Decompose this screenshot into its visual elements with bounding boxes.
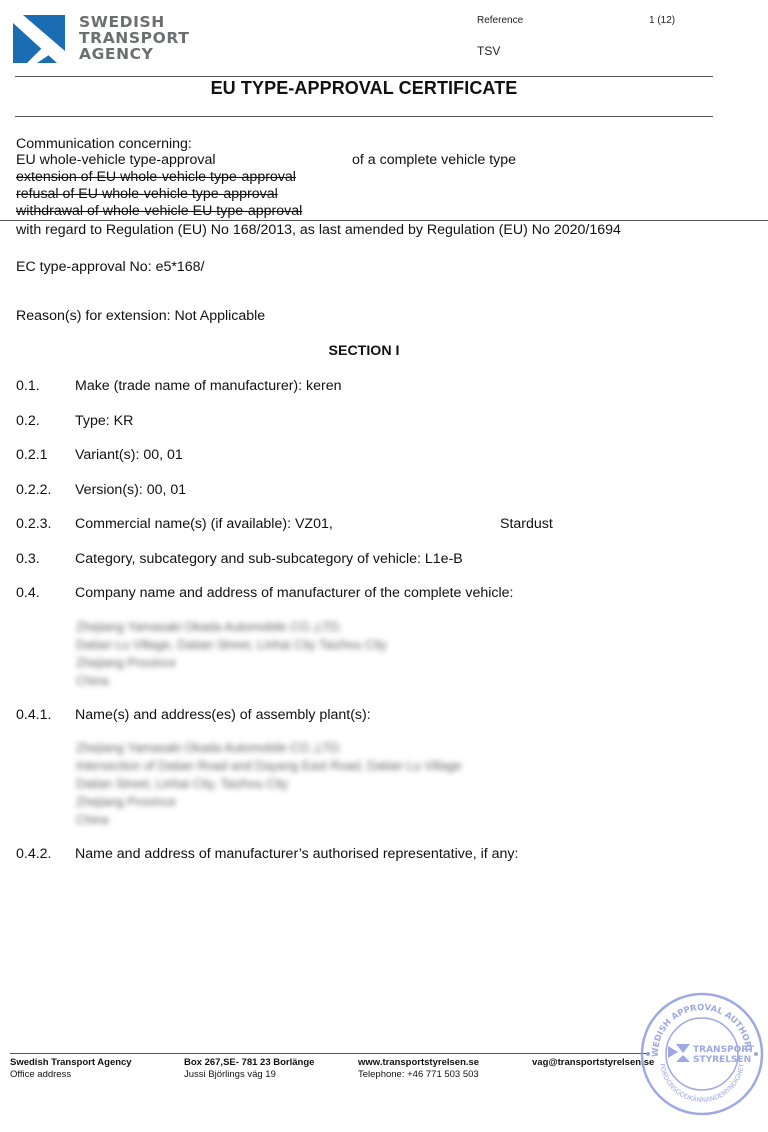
footer-box-address: Box 267,SE- 781 23 Borlänge: [184, 1057, 314, 1068]
svg-text:FORDONSGODKÄNNANDEMYNDIGHET: FORDONSGODKÄNNANDEMYNDIGHET: [658, 1063, 746, 1104]
reference-label: Reference: [477, 15, 523, 26]
address-line: China: [76, 672, 387, 690]
document-title: EU TYPE-APPROVAL CERTIFICATE: [0, 78, 728, 99]
communication-option-struck: refusal of EU whole-vehicle type-approva…: [16, 186, 278, 203]
divider: [0, 220, 768, 221]
item-variants: Variant(s): 00, 01: [75, 447, 183, 464]
approval-stamp-icon: SWEDISH APPROVAL AUTHORITY FORDONSGODKÄN…: [638, 990, 766, 1118]
agency-logo-text: SWEDISH TRANSPORT AGENCY: [79, 14, 189, 62]
item-number: 0.2.: [16, 413, 40, 430]
item-make: Make (trade name of manufacturer): keren: [75, 378, 342, 395]
svg-text:TRANSPORT: TRANSPORT: [693, 1045, 755, 1055]
address-line: Zhejiang Province: [76, 793, 461, 811]
svg-text:STYRELSEN: STYRELSEN: [693, 1055, 751, 1065]
footer-email: vag@transportstyrelsen.se: [532, 1057, 654, 1069]
communication-option-struck: withdrawal of whole-vehicle EU type-appr…: [16, 203, 302, 220]
divider: [15, 76, 713, 77]
logo-line: SWEDISH: [79, 14, 189, 30]
item-commercial-name: Commercial name(s) (if available): VZ01,: [75, 516, 333, 533]
section-title: SECTION I: [0, 343, 728, 359]
item-number: 0.4.2.: [16, 846, 52, 863]
reference-value: TSV: [477, 44, 500, 58]
address-line: Intersection of Datian Road and Dayang E…: [76, 757, 461, 775]
item-category: Category, subcategory and sub-subcategor…: [75, 551, 463, 568]
extension-reason: Reason(s) for extension: Not Applicable: [16, 308, 265, 325]
item-number: 0.4.1.: [16, 707, 52, 724]
footer-email-link[interactable]: vag@transportstyrelsen.se: [532, 1057, 654, 1068]
item-assembly-plants: Name(s) and address(es) of assembly plan…: [75, 707, 371, 724]
regulation-text: with regard to Regulation (EU) No 168/20…: [16, 222, 621, 239]
communication-heading: Communication concerning:: [16, 136, 192, 153]
address-line: Datian Lu Village, Datian Street, Linhai…: [76, 636, 387, 654]
approval-number: EC type-approval No: e5*168/: [16, 259, 205, 276]
footer-website-link[interactable]: www.transportstyrelsen.se: [358, 1057, 479, 1068]
item-authorised-representative: Name and address of manufacturer’s autho…: [75, 846, 518, 863]
address-line: Datian Street, Linhai City, Taizhou City: [76, 775, 461, 793]
redacted-manufacturer-address: Zhejiang Yamasaki Okada Automobile CO.,L…: [76, 618, 387, 690]
communication-option-struck: extension of EU whole-vehicle type-appro…: [16, 169, 296, 186]
item-type: Type: KR: [75, 413, 133, 430]
item-manufacturer: Company name and address of manufacturer…: [75, 585, 513, 602]
item-number: 0.3.: [16, 551, 40, 568]
communication-option: EU whole-vehicle type-approval: [16, 152, 216, 169]
item-commercial-name-extra: Stardust: [500, 516, 553, 533]
footer-office-label: Office address: [10, 1069, 71, 1080]
footer-divider: [10, 1053, 650, 1054]
address-line: Zhejiang Yamasaki Okada Automobile CO.,L…: [76, 618, 387, 636]
footer-telephone: Telephone: +46 771 503 503: [358, 1069, 479, 1080]
divider: [15, 116, 713, 117]
footer-agency: Swedish Transport Agency Office address: [10, 1057, 132, 1081]
page-indicator: 1 (12): [649, 15, 675, 26]
redacted-plant-address: Zhejiang Yamasaki Okada Automobile CO.,L…: [76, 739, 461, 829]
communication-qualifier: of a complete vehicle type: [352, 152, 516, 169]
item-number: 0.1.: [16, 378, 40, 395]
logo-line: AGENCY: [79, 46, 189, 62]
address-line: Zhejiang Yamasaki Okada Automobile CO.,L…: [76, 739, 461, 757]
item-number: 0.2.1: [16, 447, 48, 464]
logo-line: TRANSPORT: [79, 30, 189, 46]
item-number: 0.2.3.: [16, 516, 52, 533]
item-versions: Version(s): 00, 01: [75, 482, 186, 499]
footer-web: www.transportstyrelsen.se Telephone: +46…: [358, 1057, 479, 1081]
address-line: China: [76, 811, 461, 829]
footer-postal: Box 267,SE- 781 23 Borlänge Jussi Björli…: [184, 1057, 314, 1081]
footer-street-address: Jussi Björlings väg 19: [184, 1069, 276, 1080]
agency-logo-icon: [13, 15, 65, 63]
address-line: Zhejiang Province: [76, 654, 387, 672]
item-number: 0.4.: [16, 585, 40, 602]
item-number: 0.2.2.: [16, 482, 52, 499]
footer-agency-name: Swedish Transport Agency: [10, 1057, 132, 1068]
